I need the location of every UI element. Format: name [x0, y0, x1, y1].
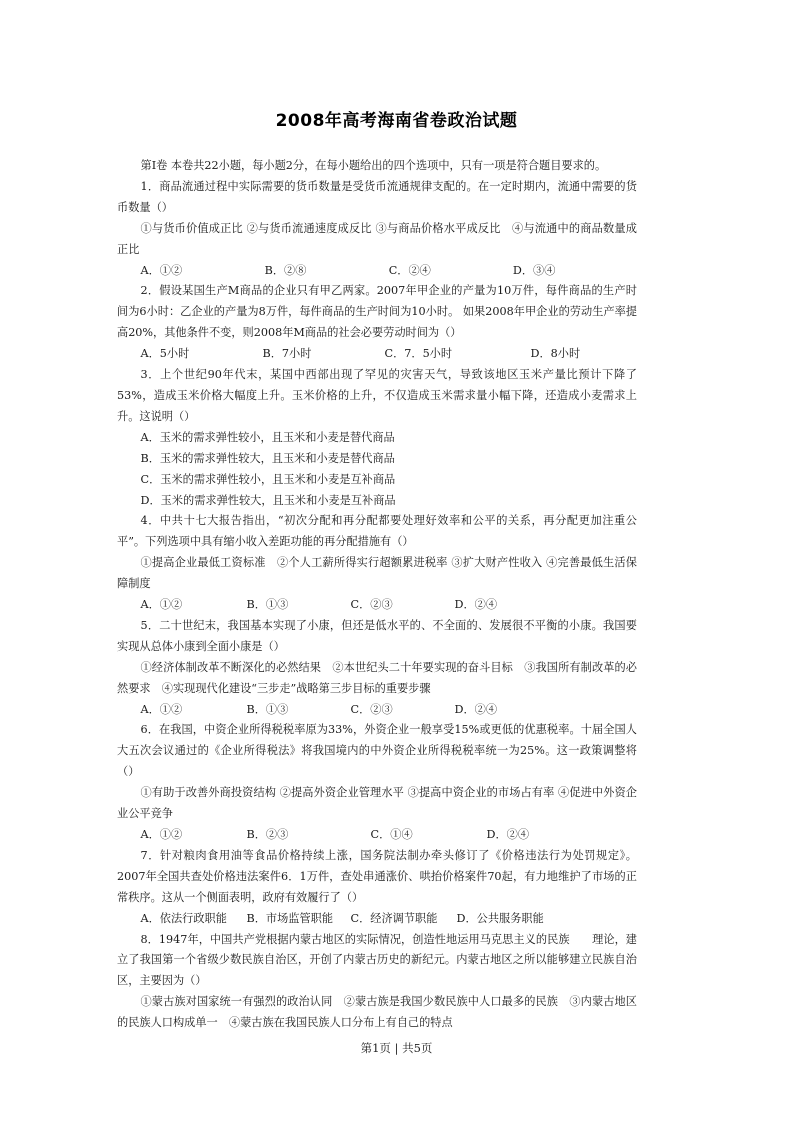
question-6-items: ①有助于改善外商投资结构 ②提高外资企业管理水平 ③提高中资企业的市场占有率 ④… [117, 783, 637, 825]
option-c: C．②③ [351, 595, 455, 616]
question-2-options: A．5小时 B．7小时 C．7．5小时 D．8小时 [117, 344, 637, 365]
question-4-items: ①提高企业最低工资标准 ②个人工薪所得实行超额累进税率 ③扩大财产性收入 ④完善… [117, 553, 637, 595]
question-4-options: A．①② B．①③ C．②③ D．②④ [117, 595, 637, 616]
question-5-items: ①经济体制改革不断深化的必然结果 ②本世纪头二十年要实现的奋斗目标 ③我国所有制… [117, 658, 637, 700]
question-1-stem: 1．商品流通过程中实际需要的货币数量是受货币流通规律支配的。在一定时期内，流通中… [117, 177, 637, 219]
option-d: D．②④ [487, 825, 530, 846]
question-1-items: ①与货币价值成正比 ②与货币流通速度成反比 ③与商品价格水平成反比 ④与流通中的… [117, 219, 637, 261]
question-2-stem: 2．假设某国生产M商品的企业只有甲乙两家。2007年甲企业的产量为10万件，每件… [117, 281, 637, 344]
section-intro: 第I卷 本卷共22小题，每小题2分，在每小题给出的四个选项中，只有一项是符合题目… [117, 156, 637, 177]
option-b: B．②⑧ [265, 261, 389, 282]
option-d: D．②④ [455, 700, 498, 721]
question-3-stem: 3．上个世纪90年代末，某国中西部出现了罕见的灾害天气，导致该地区玉米产量比预计… [117, 365, 637, 428]
option-b: B．玉米的需求弹性较大，且玉米和小麦是替代商品 [117, 449, 637, 470]
option-d: D．公共服务职能 [457, 909, 544, 930]
option-b: B．①③ [247, 700, 351, 721]
option-b: B．①③ [247, 595, 351, 616]
question-5-stem: 5．二十世纪末，我国基本实现了小康，但还是低水平的、不全面的、发展很不平衡的小康… [117, 616, 637, 658]
option-b: B．7小时 [263, 344, 385, 365]
question-5-options: A．①② B．①③ C．②③ D．②④ [117, 700, 637, 721]
question-7-options: A．依法行政职能 B．市场监管职能 C．经济调节职能 D．公共服务职能 [117, 909, 637, 930]
option-a: A．①② [141, 595, 247, 616]
question-6-stem: 6．在我国，中资企业所得税税率原为33%，外资企业一般享受15%或更低的优惠税率… [117, 720, 637, 783]
option-c: C．②③ [351, 700, 455, 721]
page-title: 2008年高考海南省卷政治试题 [0, 106, 793, 131]
option-a: A．依法行政职能 [141, 909, 247, 930]
option-d: D．玉米的需求弹性较大，且玉米和小麦是互补商品 [117, 491, 637, 512]
question-7-stem: 7．针对粮肉食用油等食品价格持续上涨，国务院法制办牵头修订了《价格违法行为处罚规… [117, 846, 637, 909]
option-a: A．玉米的需求弹性较小，且玉米和小麦是替代商品 [117, 428, 637, 449]
option-c: C．7．5小时 [385, 344, 531, 365]
option-c: C．①④ [371, 825, 487, 846]
question-8-items: ①蒙古族对国家统一有强烈的政治认同 ②蒙古族是我国少数民族中人口最多的民族 ③内… [117, 992, 637, 1034]
option-a: A．①② [141, 700, 247, 721]
question-8-stem: 8．1947年，中国共产党根据内蒙古地区的实际情况，创造性地运用马克思主义的民族… [117, 930, 637, 993]
option-b: B．②③ [247, 825, 371, 846]
document-body: 第I卷 本卷共22小题，每小题2分，在每小题给出的四个选项中，只有一项是符合题目… [117, 156, 637, 1034]
option-c: C．②④ [389, 261, 513, 282]
option-c: C．玉米的需求弹性较小，且玉米和小麦是互补商品 [117, 470, 637, 491]
question-1-options: A．①② B．②⑧ C．②④ D．③④ [117, 261, 637, 282]
question-4-stem: 4．中共十七大报告指出，“初次分配和再分配都要处理好效率和公平的关系，再分配更加… [117, 511, 637, 553]
option-d: D．8小时 [531, 344, 581, 365]
question-6-options: A．①② B．②③ C．①④ D．②④ [117, 825, 637, 846]
option-a: A．①② [141, 261, 265, 282]
option-a: A．①② [141, 825, 247, 846]
option-a: A．5小时 [141, 344, 263, 365]
option-b: B．市场监管职能 [247, 909, 351, 930]
page-footer: 第1页 | 共5页 [0, 1040, 793, 1056]
option-c: C．经济调节职能 [351, 909, 457, 930]
option-d: D．②④ [455, 595, 498, 616]
option-d: D．③④ [513, 261, 637, 282]
